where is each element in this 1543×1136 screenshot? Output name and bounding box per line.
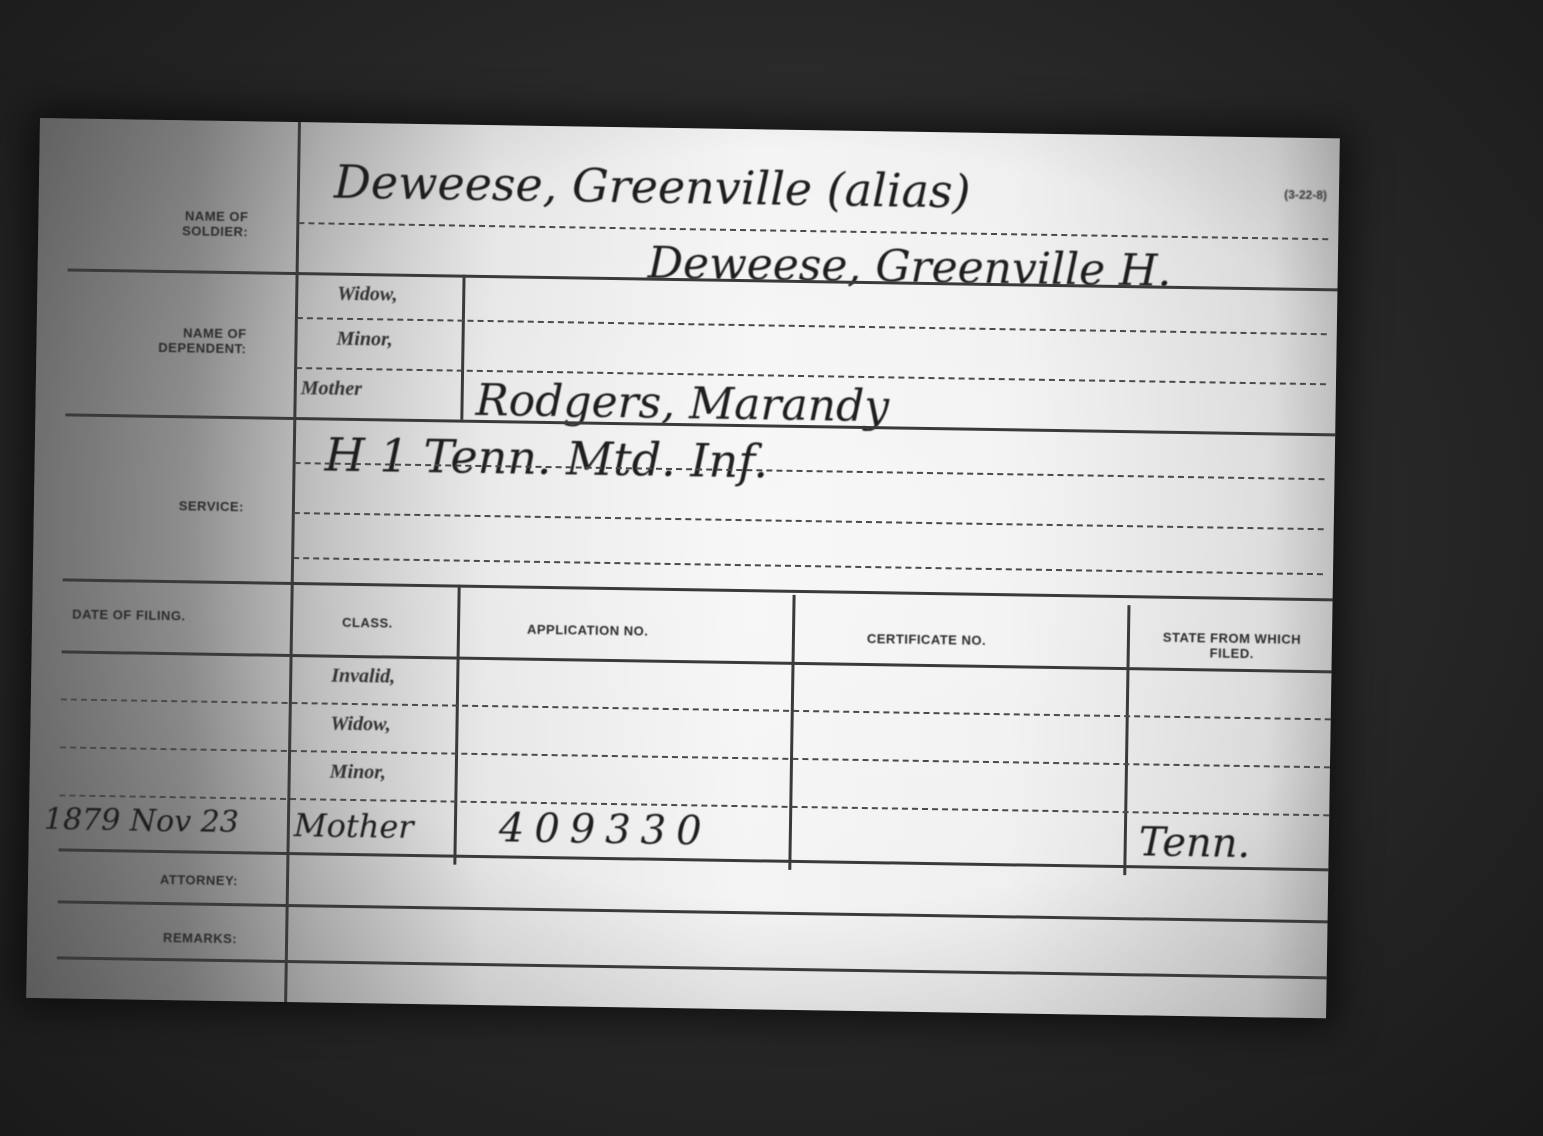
rule [297,317,1327,335]
rule [293,557,1323,575]
service-value: H 1 Tenn. Mtd. Inf. [324,428,768,489]
label-name-of-dependent: Name of Dependent: [96,324,246,356]
label-remarks: Remarks: [117,929,237,946]
dependent-type-mother: Mother [301,377,362,401]
rule [61,698,1331,720]
class-type-invalid: Invalid, [331,665,395,689]
rule [62,650,1332,673]
rule [58,900,1328,923]
header-class: Class. [342,615,393,631]
dependent-type-divider [460,275,465,420]
rule [60,746,1330,768]
form-number: (3-22-8) [1284,188,1327,203]
certificate-column-divider [1123,605,1130,875]
label-name-of-soldier: Name of Soldier: [118,207,248,239]
class-type-minor: Minor, [330,761,387,785]
pension-index-card: (3-22-8) Name of Soldier: Deweese, Green… [26,118,1340,1018]
header-application-no: Application No. [527,622,649,639]
soldier-name-line2: Deweese, Greenville H. [647,238,1171,297]
rule [63,578,1333,601]
application-number: 409330 [499,805,712,854]
header-state-from-which-filed: State from which filed. [1147,629,1317,662]
label-attorney: Attorney: [118,871,238,888]
rule [294,512,1324,530]
rule [57,956,1327,979]
class-column-divider [453,585,460,865]
label-service: Service: [114,497,244,514]
dependent-type-widow: Widow, [337,283,398,307]
left-column-divider [284,122,301,1002]
header-date-of-filing: Date of Filing. [72,607,186,624]
soldier-name-line1: Deweese, Greenville (alias) [334,155,971,219]
rule [298,222,1328,240]
filing-date: 1879 Nov 23 [44,802,239,840]
application-column-divider [788,595,795,870]
state-from-which-filed: Tenn. [1138,819,1250,867]
class-type-widow: Widow, [330,713,391,737]
dependent-type-minor: Minor, [336,328,393,352]
filing-class: Mother [294,806,414,846]
header-certificate-no: Certificate No. [867,631,986,648]
